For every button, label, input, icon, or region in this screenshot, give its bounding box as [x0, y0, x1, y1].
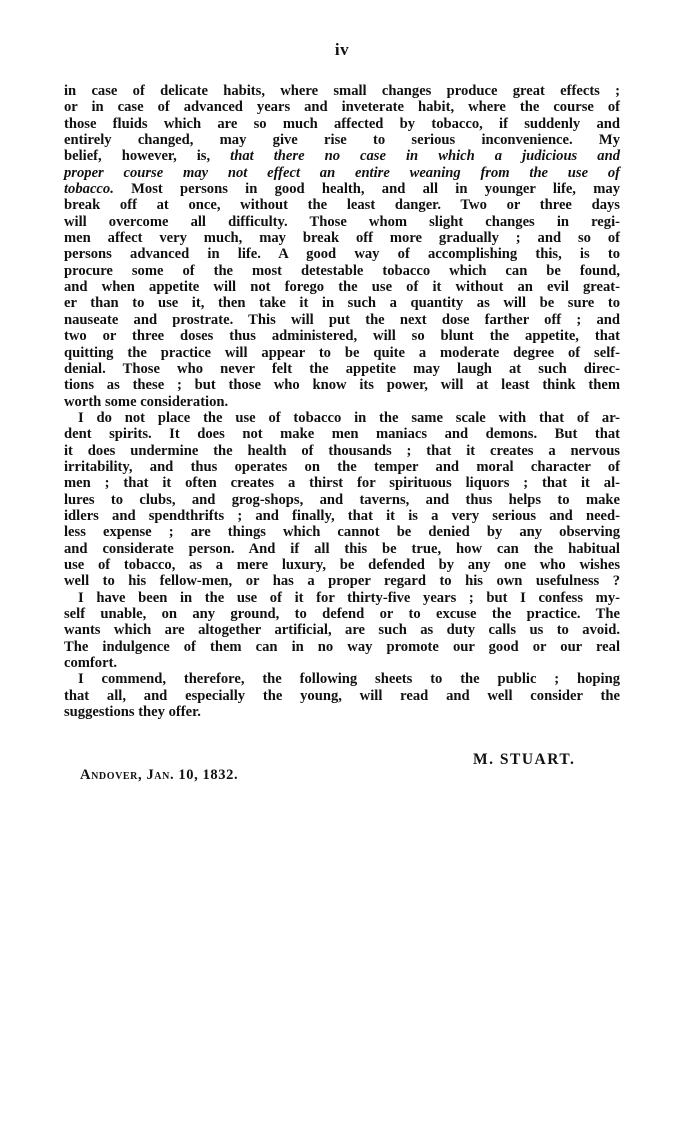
text-line: belief, however, is, that there no case …	[64, 148, 620, 164]
text-line: er than to use it, then take it in such …	[64, 295, 620, 311]
text-line: quitting the practice will appear to be …	[64, 345, 620, 361]
paragraph-start-line: I commend, therefore, the following shee…	[64, 671, 620, 687]
text-line: tobacco. Most persons in good health, an…	[64, 181, 620, 197]
text-line: will overcome all difficulty. Those whom…	[64, 214, 620, 230]
text-line: and considerate person. And if all this …	[64, 541, 620, 557]
text-line: irritability, and thus operates on the t…	[64, 459, 620, 475]
italic-segment: that there no case in which a judicious …	[210, 148, 620, 164]
text-line: dent spirits. It does not make men mania…	[64, 426, 620, 442]
italic-segment: proper course may not effect an entire w…	[64, 165, 620, 181]
text-line: lures to clubs, and grog-shops, and tave…	[64, 492, 620, 508]
text-line: that all, and especially the young, will…	[64, 688, 620, 704]
text-line: The indulgence of them can in no way pro…	[64, 639, 620, 655]
text-line: it does undermine the health of thousand…	[64, 443, 620, 459]
text-line: persons advanced in life. A good way of …	[64, 246, 620, 262]
text-line: nauseate and prostrate. This will put th…	[64, 312, 620, 328]
text-line: proper course may not effect an entire w…	[64, 165, 620, 181]
text-line: tions as these ; but those who know its …	[64, 377, 620, 393]
text-segment: Most persons in good health, and all in …	[114, 181, 620, 197]
text-line: in case of delicate habits, where small …	[64, 83, 620, 99]
text-line: use of tobacco, as a mere luxury, be def…	[64, 557, 620, 573]
text-line: suggestions they offer.	[64, 704, 620, 720]
text-line: and when appetite will not forego the us…	[64, 279, 620, 295]
text-line: two or three doses thus administered, wi…	[64, 328, 620, 344]
page-number: iv	[0, 40, 684, 60]
text-segment: belief, however, is,	[64, 148, 210, 164]
body-text: in case of delicate habits, where small …	[64, 83, 620, 720]
text-line: well to his fellow-men, or has a proper …	[64, 573, 620, 589]
text-line: wants which are altogether artificial, a…	[64, 622, 620, 638]
paragraph-start-line: I do not place the use of tobacco in the…	[64, 410, 620, 426]
text-line: comfort.	[64, 655, 620, 671]
text-line: entirely changed, may give rise to serio…	[64, 132, 620, 148]
text-line: idlers and spendthrifts ; and finally, t…	[64, 508, 620, 524]
italic-segment: tobacco.	[64, 181, 114, 197]
text-line: break off at once, without the least dan…	[64, 197, 620, 213]
text-line: procure some of the most detestable toba…	[64, 263, 620, 279]
text-line: denial. Those who never felt the appetit…	[64, 361, 620, 377]
paragraph-start-line: I have been in the use of it for thirty-…	[64, 590, 620, 606]
text-line: those fluids which are so much affected …	[64, 116, 620, 132]
text-line: worth some consideration.	[64, 394, 620, 410]
text-line: men affect very much, may break off more…	[64, 230, 620, 246]
text-line: self unable, on any ground, to defend or…	[64, 606, 620, 622]
author-signature: M. STUART.	[473, 751, 575, 769]
text-line: less expense ; are things which cannot b…	[64, 524, 620, 540]
text-line: men ; that it often creates a thirst for…	[64, 475, 620, 491]
text-line: or in case of advanced years and inveter…	[64, 99, 620, 115]
dateline: Andover, Jan. 10, 1832.	[80, 767, 238, 784]
